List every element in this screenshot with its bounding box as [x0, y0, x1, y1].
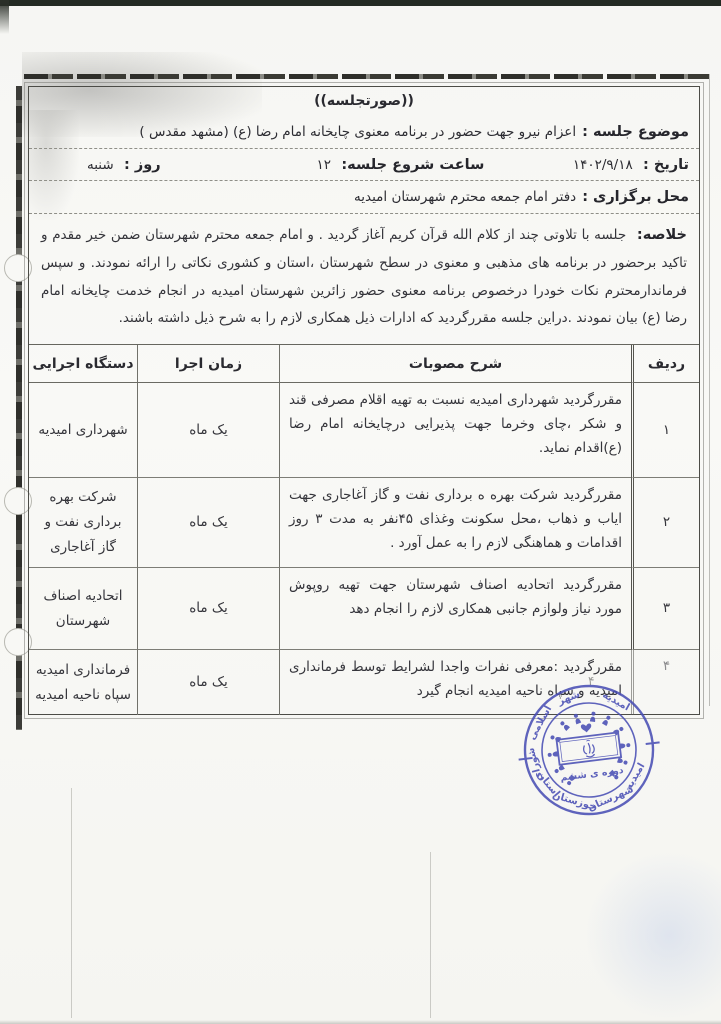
- agency: اتحادیه اصناف شهرستان: [29, 568, 137, 650]
- row-no: ۲: [631, 478, 699, 568]
- location-row: محل برگزاری : دفتر امام جمعه محترم شهرست…: [29, 181, 699, 214]
- col-header-row-no: ردیف: [631, 345, 699, 383]
- minutes-form: ((صورتجلسه)) موضوع جلسه : اعزام نیرو جهت…: [28, 86, 700, 715]
- row-no: ۳: [631, 568, 699, 650]
- fold-line: [430, 852, 431, 1018]
- col-header-agency: دستگاه اجرایی: [29, 345, 137, 383]
- summary-paragraph: خلاصه: جلسه با تلاوتی چند از کلام الله ق…: [29, 214, 699, 344]
- agency: فرمانداری امیدیه سپاه ناحیه امیدیه: [29, 650, 137, 715]
- row-no: ۱: [631, 383, 699, 478]
- ink-smudge: [585, 850, 721, 1020]
- iran-emblem-icon: [583, 740, 595, 758]
- exec-time: یک ماه: [137, 383, 279, 478]
- stamp-emblem-box: [557, 732, 622, 764]
- location-label: محل برگزاری :: [582, 189, 689, 205]
- day-field: روز : شنبه: [87, 157, 161, 173]
- date-field: تاریخ : ۱۴۰۲/۹/۱۸: [484, 157, 689, 173]
- resolution-description: مقررگردید شرکت بهره ه برداری نفت و گاز آ…: [279, 478, 631, 568]
- start-time-label: ساعت شروع جلسه:: [341, 157, 484, 173]
- subject-value: اعزام نیرو جهت حضور در برنامه معنوی چایخ…: [139, 124, 576, 140]
- exec-time: یک ماه: [137, 650, 279, 715]
- scan-edge-bottom: [0, 1020, 721, 1024]
- day-label: روز :: [124, 157, 161, 173]
- faint-row-number-artifact: ۴: [588, 674, 594, 688]
- table-outer-top-border: [24, 74, 710, 79]
- date-value: ۱۴۰۲/۹/۱۸: [573, 157, 633, 173]
- agency: شهرداری امیدیه: [29, 383, 137, 478]
- date-label: تاریخ :: [643, 157, 689, 173]
- day-value: شنبه: [87, 157, 114, 173]
- scanned-meeting-minutes: { "doc": { "title": "((صورتجلسه))", "sub…: [0, 0, 721, 1024]
- col-header-description: شرح مصوبات: [279, 345, 631, 383]
- doc-title: ((صورتجلسه)): [314, 93, 414, 109]
- stamp-heart-motif: [581, 723, 592, 733]
- scan-edge-top: [0, 0, 721, 6]
- start-time-value: ۱۲: [317, 157, 332, 173]
- resolution-description: مقررگردید اتحادیه اصناف شهرستان جهت تهیه…: [279, 568, 631, 650]
- stamp-graphic: شورای اسلامی شهر امیدیه استان خوزستان شه…: [501, 662, 677, 838]
- subject-row: موضوع جلسه : اعزام نیرو جهت حضور در برنا…: [29, 115, 699, 149]
- exec-time: یک ماه: [137, 478, 279, 568]
- council-stamp: شورای اسلامی شهر امیدیه استان خوزستان شه…: [501, 662, 677, 838]
- col-header-exec-time: زمان اجرا: [137, 345, 279, 383]
- doc-title-row: ((صورتجلسه)): [29, 87, 699, 115]
- agency: شرکت بهره برداری نفت و گاز آغاجاری: [29, 478, 137, 568]
- summary-text: جلسه با تلاوتی چند از کلام الله قرآن کری…: [41, 227, 687, 326]
- start-time-field: ساعت شروع جلسه: ۱۲: [161, 157, 485, 173]
- subject-label: موضوع جلسه :: [582, 124, 689, 140]
- exec-time: یک ماه: [137, 568, 279, 650]
- resolutions-table: ردیف شرح مصوبات زمان اجرا دستگاه اجرایی …: [29, 344, 699, 715]
- date-row: تاریخ : ۱۴۰۲/۹/۱۸ ساعت شروع جلسه: ۱۲ روز…: [29, 149, 699, 181]
- fold-line: [71, 788, 72, 1018]
- location-value: دفتر امام جمعه محترم شهرستان امیدیه: [354, 189, 576, 205]
- summary-label: خلاصه:: [637, 227, 687, 243]
- resolution-description: مقررگردید شهرداری امیدیه نسبت به تهیه اق…: [279, 383, 631, 478]
- scan-edge-corner: [0, 0, 9, 34]
- page-edge-right: [709, 74, 710, 706]
